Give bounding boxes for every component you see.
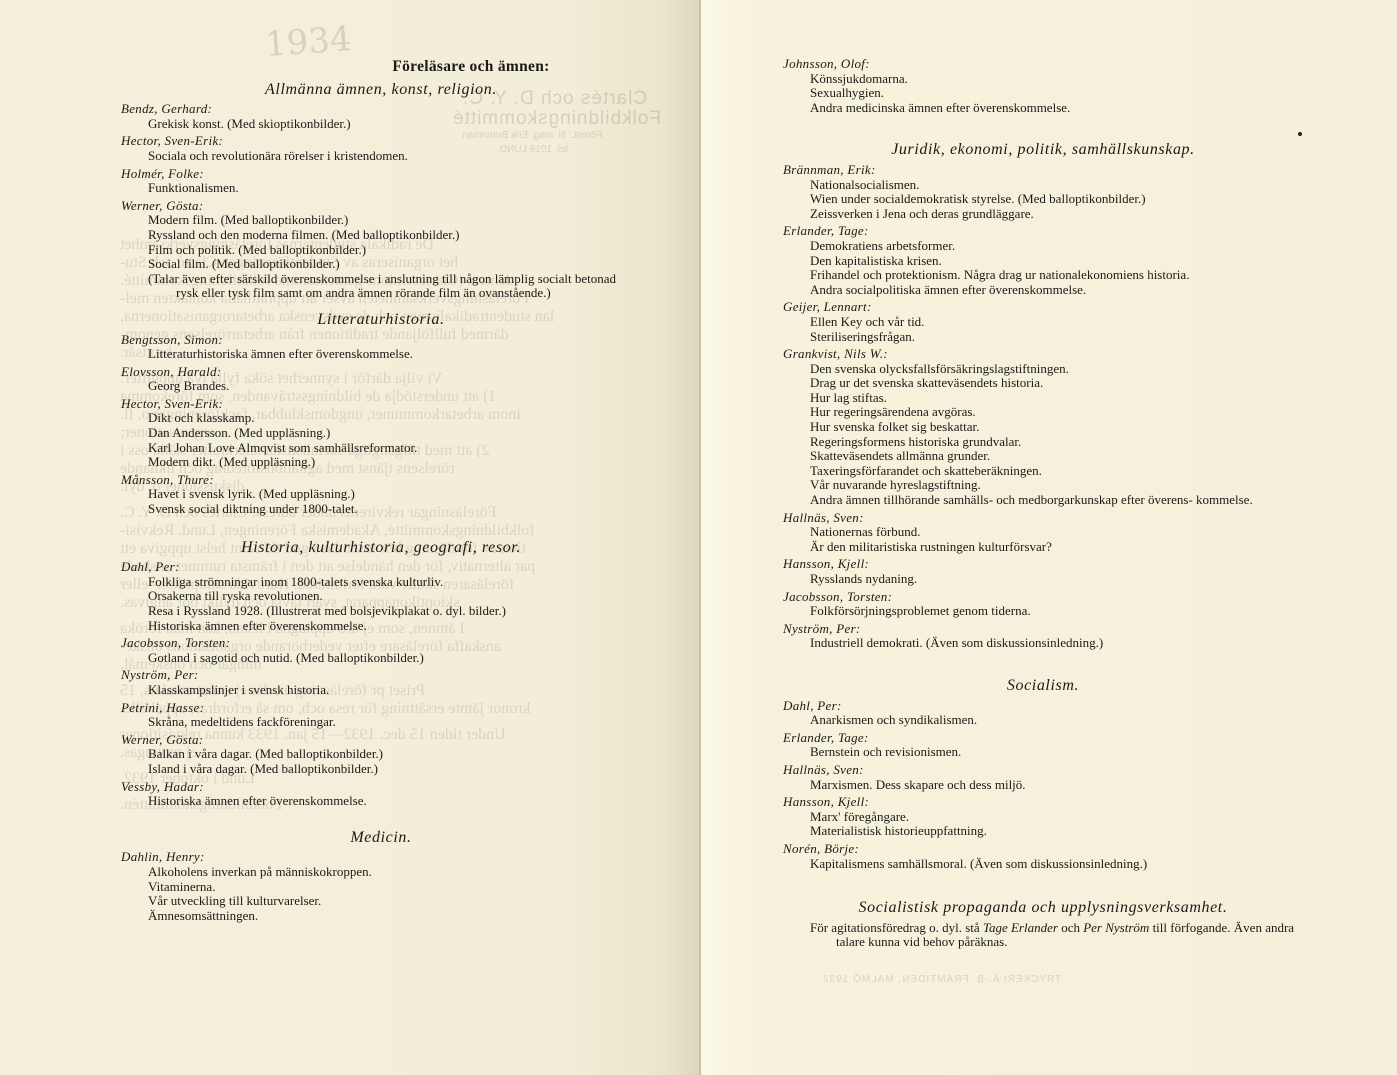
speaker-name: Hansson, Kjell: — [783, 795, 1303, 810]
lecture-topic: Skråna, medeltidens fackföreningar. — [121, 715, 641, 730]
section-paragraph: För agitationsföredrag o. dyl. stå Tage … — [783, 921, 1303, 950]
speaker-name: Geijer, Lennart: — [783, 300, 1303, 315]
speaker-name: Johnsson, Olof: — [783, 57, 1303, 72]
lecture-topic: Drag ur det svenska skatteväsendets hist… — [783, 376, 1303, 391]
right-column: Johnsson, Olof:Könssjukdomarna.Sexualhyg… — [783, 57, 1303, 950]
speaker-name: Werner, Gösta: — [121, 199, 641, 214]
speaker-name: Dahl, Per: — [783, 699, 1303, 714]
lecture-topic: Wien under socialdemokratisk styrelse. (… — [783, 192, 1303, 207]
speaker-name: Norén, Börje: — [783, 842, 1303, 857]
speaker-entry: Hansson, Kjell:Rysslands nydaning. — [783, 557, 1303, 586]
speaker-entry: Hallnäs, Sven:Nationernas förbund.Är den… — [783, 511, 1303, 555]
lecture-topic: Regeringsformens historiska grundvalar. — [783, 435, 1303, 450]
lecture-topic: Litteraturhistoriska ämnen efter överens… — [121, 347, 641, 362]
ink-dot — [1298, 132, 1302, 136]
speaker-entry: Werner, Gösta:Modern film. (Med ballopti… — [121, 199, 641, 301]
speaker-note: Andra ämnen tillhörande samhälls- och me… — [783, 493, 1303, 508]
section-heading: Socialistisk propaganda och upplysningsv… — [783, 901, 1303, 916]
section-heading: Socialism. — [783, 679, 1303, 694]
speaker-name: Nyström, Per: — [783, 622, 1303, 637]
lecture-topic: Är den militaristiska rustningen kulturf… — [783, 540, 1303, 555]
lecture-topic: Andra medicinska ämnen efter överenskomm… — [783, 101, 1303, 116]
lecture-topic: Bernstein och revisionismen. — [783, 745, 1303, 760]
lecture-topic: Alkoholens inverkan på människokroppen. — [121, 865, 641, 880]
section-heading: Litteraturhistoria. — [121, 313, 641, 328]
lecture-topic: Dikt och klasskamp. — [121, 411, 641, 426]
lecture-topic: Dan Andersson. (Med uppläsning.) — [121, 426, 641, 441]
speaker-name: Månsson, Thure: — [121, 473, 641, 488]
lecture-topic: Hur lag stiftas. — [783, 391, 1303, 406]
speaker-entry: Hector, Sven-Erik:Sociala och revolution… — [121, 134, 641, 163]
lecture-topic: Modern film. (Med balloptikonbilder.) — [121, 213, 641, 228]
lecture-topic: Ryssland och den moderna filmen. (Med ba… — [121, 228, 641, 243]
speaker-entry: Jacobsson, Torsten:Gotland i sagotid och… — [121, 636, 641, 665]
page-fold — [699, 0, 701, 1075]
lecture-topic: Nationernas förbund. — [783, 525, 1303, 540]
lecture-topic: Marxismen. Dess skapare och dess miljö. — [783, 778, 1303, 793]
speaker-entry: Petrini, Hasse:Skråna, medeltidens fackf… — [121, 701, 641, 730]
lecture-topic: Skatteväsendets allmänna grunder. — [783, 449, 1303, 464]
lecture-topic: Könssjukdomarna. — [783, 72, 1303, 87]
speaker-name: Dahlin, Henry: — [121, 850, 641, 865]
lecture-topic: Gotland i sagotid och nutid. (Med ballop… — [121, 651, 641, 666]
speaker-name: Jacobsson, Torsten: — [783, 590, 1303, 605]
speaker-name: Werner, Gösta: — [121, 733, 641, 748]
speaker-name: Petrini, Hasse: — [121, 701, 641, 716]
lecture-topic: Den kapitalistiska krisen. — [783, 254, 1303, 269]
speaker-name: Elovsson, Harald: — [121, 365, 641, 380]
section-heading: Allmänna ämnen, konst, religion. — [121, 83, 641, 98]
lecture-topic: Vår utveckling till kulturvarelser. — [121, 894, 641, 909]
lecture-topic: Kapitalismens samhällsmoral. (Även som d… — [783, 857, 1303, 872]
speaker-entry: Elovsson, Harald:Georg Brandes. — [121, 365, 641, 394]
lecture-topic: Folkförsörjningsproblemet genom tiderna. — [783, 604, 1303, 619]
speaker-name: Holmér, Folke: — [121, 167, 641, 182]
lecture-topic: Havet i svensk lyrik. (Med uppläsning.) — [121, 487, 641, 502]
section-heading: Historia, kulturhistoria, geografi, reso… — [121, 541, 641, 556]
lecture-topic: Karl Johan Love Almqvist som samhällsref… — [121, 441, 641, 456]
speaker-entry: Erlander, Tage:Bernstein och revisionism… — [783, 731, 1303, 760]
lecture-topic: Taxeringsförfarandet och skatteberäkning… — [783, 464, 1303, 479]
lecture-topic: Anarkismen och syndikalismen. — [783, 713, 1303, 728]
lecture-topic: Historiska ämnen efter överenskommelse. — [121, 619, 641, 634]
speaker-name: Erlander, Tage: — [783, 731, 1303, 746]
speaker-name: Dahl, Per: — [121, 560, 641, 575]
lecture-topic: Balkan i våra dagar. (Med balloptikonbil… — [121, 747, 641, 762]
lecture-topic: Folkliga strömningar inom 1800-talets sv… — [121, 575, 641, 590]
speaker-note: (Talar även efter särskild överenskommel… — [121, 272, 641, 301]
speaker-entry: Brännman, Erik:Nationalsocialismen.Wien … — [783, 163, 1303, 221]
lecture-topic: Vitaminerna. — [121, 880, 641, 895]
speaker-name: Jacobsson, Torsten: — [121, 636, 641, 651]
lecture-topic: Andra socialpolitiska ämnen efter överen… — [783, 283, 1303, 298]
lecture-topic: Ämnesomsättningen. — [121, 909, 641, 924]
lecture-topic: Sociala och revolutionära rörelser i kri… — [121, 149, 641, 164]
speaker-name: Grankvist, Nils W.: — [783, 347, 1303, 362]
lecture-topic: Modern dikt. (Med uppläsning.) — [121, 455, 641, 470]
lecture-topic: Island i våra dagar. (Med balloptikonbil… — [121, 762, 641, 777]
speaker-name-inline: Per Nyström — [1083, 920, 1149, 935]
speaker-name: Hector, Sven-Erik: — [121, 397, 641, 412]
speaker-name: Erlander, Tage: — [783, 224, 1303, 239]
lecture-topic: Orsakerna till ryska revolutionen. — [121, 589, 641, 604]
speaker-entry: Hansson, Kjell:Marx' föregångare.Materia… — [783, 795, 1303, 839]
lecture-topic: Den svenska olycksfallsförsäkringslagsti… — [783, 362, 1303, 377]
speaker-entry: Norén, Börje:Kapitalismens samhällsmoral… — [783, 842, 1303, 871]
speaker-name: Bendz, Gerhard: — [121, 102, 641, 117]
lecture-topic: Zeissverken i Jena och deras grundläggar… — [783, 207, 1303, 222]
speaker-entry: Nyström, Per:Industriell demokrati. (Äve… — [783, 622, 1303, 651]
speaker-entry: Geijer, Lennart:Ellen Key och vår tid.St… — [783, 300, 1303, 344]
lecture-topic: Nationalsocialismen. — [783, 178, 1303, 193]
lecture-topic: Funktionalismen. — [121, 181, 641, 196]
lecture-topic: Industriell demokrati. (Även som diskuss… — [783, 636, 1303, 651]
speaker-entry: Erlander, Tage:Demokratiens arbetsformer… — [783, 224, 1303, 297]
lecture-topic: Hur regeringsärendena avgöras. — [783, 405, 1303, 420]
speaker-name: Hansson, Kjell: — [783, 557, 1303, 572]
speaker-name: Nyström, Per: — [121, 668, 641, 683]
paragraph-text: För agitationsföredrag o. dyl. stå — [810, 920, 983, 935]
left-column: Föreläsare och ämnen: Allmänna ämnen, ko… — [121, 60, 641, 923]
speaker-name: Hector, Sven-Erik: — [121, 134, 641, 149]
section-heading: Juridik, ekonomi, politik, samhällskunsk… — [783, 143, 1303, 158]
speaker-entry: Nyström, Per:Klasskampslinjer i svensk h… — [121, 668, 641, 697]
paragraph-text: och — [1058, 920, 1083, 935]
lecture-topic: Resa i Ryssland 1928. (Illustrerat med b… — [121, 604, 641, 619]
lecture-topic: Georg Brandes. — [121, 379, 641, 394]
speaker-entry: Jacobsson, Torsten:Folkförsörjningsprobl… — [783, 590, 1303, 619]
lecture-topic: Svensk social diktning under 1800-talet. — [121, 502, 641, 517]
lecture-topic: Historiska ämnen efter överenskommelse. — [121, 794, 641, 809]
speaker-entry: Hector, Sven-Erik:Dikt och klasskamp.Dan… — [121, 397, 641, 470]
speaker-name: Vessby, Hadar: — [121, 780, 641, 795]
lecture-topic: Sexualhygien. — [783, 86, 1303, 101]
lecture-topic: Rysslands nydaning. — [783, 572, 1303, 587]
speaker-entry: Hallnäs, Sven:Marxismen. Dess skapare oc… — [783, 763, 1303, 792]
speaker-entry: Holmér, Folke:Funktionalismen. — [121, 167, 641, 196]
lecture-topic: Film och politik. (Med balloptikonbilder… — [121, 243, 641, 258]
speaker-entry: Bengtsson, Simon:Litteraturhistoriska äm… — [121, 333, 641, 362]
lecture-topic: Grekisk konst. (Med skioptikonbilder.) — [121, 117, 641, 132]
speaker-entry: Vessby, Hadar:Historiska ämnen efter öve… — [121, 780, 641, 809]
lecture-topic: Hur svenska folket sig beskattar. — [783, 420, 1303, 435]
speaker-name: Hallnäs, Sven: — [783, 511, 1303, 526]
lecture-topic: Materialistisk historieuppfattning. — [783, 824, 1303, 839]
lecture-topic: Steriliseringsfrågan. — [783, 330, 1303, 345]
lecture-topic: Demokratiens arbetsformer. — [783, 239, 1303, 254]
lecture-topic: Klasskampslinjer i svensk historia. — [121, 683, 641, 698]
speaker-entry: Grankvist, Nils W.:Den svenska olycksfal… — [783, 347, 1303, 508]
speaker-entry: Dahlin, Henry:Alkoholens inverkan på män… — [121, 850, 641, 923]
speaker-entry: Månsson, Thure:Havet i svensk lyrik. (Me… — [121, 473, 641, 517]
handwritten-mark: 1934 — [264, 19, 353, 65]
section-heading: Medicin. — [121, 831, 641, 846]
lecture-topic: Vår nuvarande hyreslagstiftning. — [783, 478, 1303, 493]
page-title: Föreläsare och ämnen: — [291, 60, 651, 75]
lecture-topic: Social film. (Med balloptikonbilder.) — [121, 257, 641, 272]
booklet-spread: 1934 Clartés och D. Y. C. Folkbildningsk… — [0, 0, 1397, 1075]
lecture-topic: Marx' föregångare. — [783, 810, 1303, 825]
lecture-topic: Frihandel och protektionism. Några drag … — [783, 268, 1303, 283]
speaker-name: Hallnäs, Sven: — [783, 763, 1303, 778]
lecture-topic: Ellen Key och vår tid. — [783, 315, 1303, 330]
speaker-name: Brännman, Erik: — [783, 163, 1303, 178]
speaker-entry: Dahl, Per:Folkliga strömningar inom 1800… — [121, 560, 641, 633]
speaker-name-inline: Tage Erlander — [983, 920, 1058, 935]
speaker-name: Bengtsson, Simon: — [121, 333, 641, 348]
speaker-entry: Bendz, Gerhard:Grekisk konst. (Med skiop… — [121, 102, 641, 131]
speaker-entry: Johnsson, Olof:Könssjukdomarna.Sexualhyg… — [783, 57, 1303, 115]
speaker-entry: Dahl, Per:Anarkismen och syndikalismen. — [783, 699, 1303, 728]
speaker-entry: Werner, Gösta:Balkan i våra dagar. (Med … — [121, 733, 641, 777]
